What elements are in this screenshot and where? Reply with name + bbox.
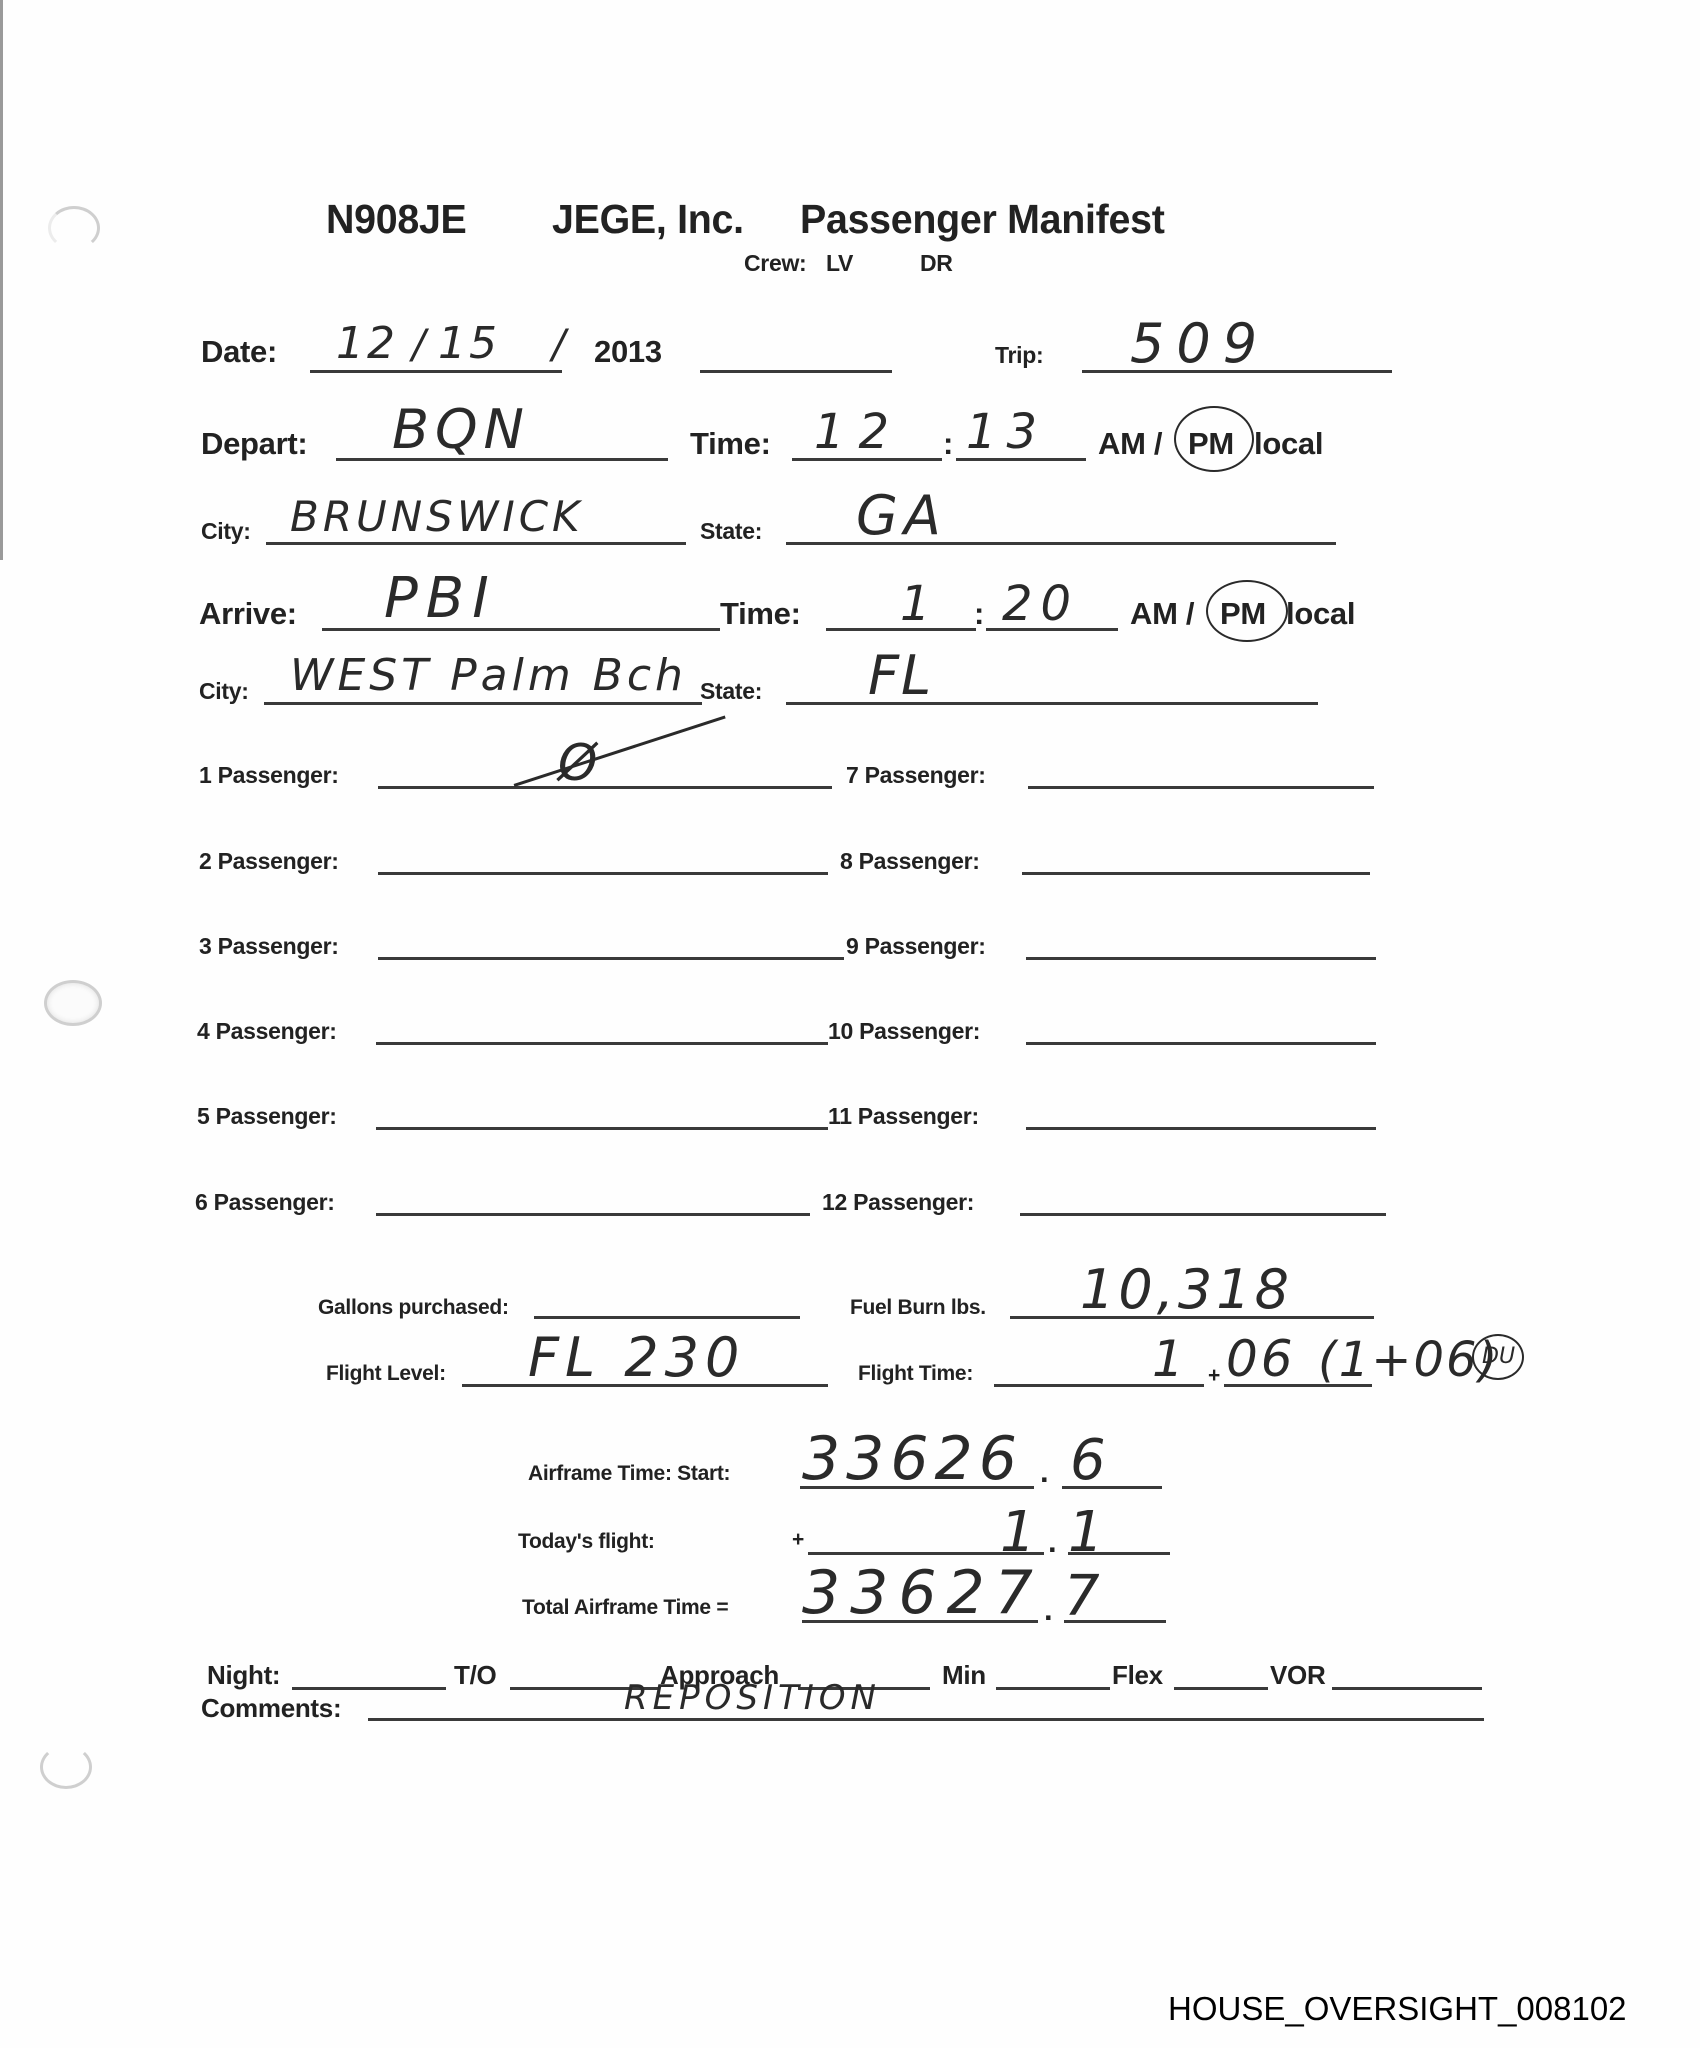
- arrive-city-line: [264, 702, 702, 705]
- date-day-field[interactable]: 15: [438, 318, 500, 369]
- depart-state-label: State:: [700, 518, 762, 545]
- total-airframe-label: Total Airframe Time =: [522, 1596, 728, 1620]
- vor-label: VOR: [1270, 1660, 1325, 1691]
- flex-line[interactable]: [1174, 1687, 1268, 1690]
- comments-line: [368, 1718, 1484, 1721]
- depart-am-option[interactable]: AM /: [1098, 426, 1162, 462]
- flight-level-label: Flight Level:: [326, 1362, 446, 1386]
- form-title: Passenger Manifest: [800, 196, 1165, 243]
- date-separator-2: /: [552, 322, 568, 368]
- crew-member-2: DR: [920, 250, 953, 277]
- min-line[interactable]: [996, 1687, 1110, 1690]
- depart-city-label: City:: [201, 518, 251, 545]
- passenger-1-label: 1 Passenger:: [199, 762, 339, 789]
- date-field-line: [310, 370, 562, 373]
- arrive-state-label: State:: [700, 678, 762, 705]
- passenger-3-line[interactable]: [378, 957, 844, 960]
- total-airframe-dot: .: [1044, 1592, 1052, 1628]
- depart-pm-selected-circle-icon: [1174, 406, 1254, 472]
- todays-flight-dot: .: [1048, 1524, 1056, 1560]
- initials-circle-icon: [1472, 1334, 1524, 1380]
- passenger-8-label: 8 Passenger:: [840, 848, 980, 875]
- passenger-10-label: 10 Passenger:: [828, 1018, 980, 1045]
- passenger-4-line[interactable]: [376, 1042, 828, 1045]
- date-year: 2013: [594, 334, 662, 370]
- passenger-11-line[interactable]: [1026, 1127, 1376, 1130]
- passenger-9-label: 9 Passenger:: [846, 933, 986, 960]
- passenger-5-label: 5 Passenger:: [197, 1103, 337, 1130]
- total-airframe-whole-field[interactable]: 33627: [802, 1558, 1043, 1628]
- arrive-state-field[interactable]: FL: [868, 644, 933, 707]
- passenger-4-label: 4 Passenger:: [197, 1018, 337, 1045]
- passenger-12-line[interactable]: [1020, 1213, 1386, 1216]
- depart-minute-field[interactable]: 13: [966, 404, 1047, 460]
- binder-hole-bottom-icon: [40, 1745, 92, 1789]
- passenger-7-line[interactable]: [1028, 786, 1374, 789]
- arrive-minute-field[interactable]: 20: [1002, 576, 1079, 632]
- flight-time-hours-field[interactable]: 1: [1152, 1330, 1187, 1388]
- arrive-am-option[interactable]: AM /: [1130, 596, 1194, 632]
- gallons-purchased-label: Gallons purchased:: [318, 1296, 509, 1320]
- binder-hole-top-icon: [48, 206, 100, 250]
- todays-flight-tenths-field[interactable]: 1: [1068, 1500, 1107, 1565]
- fuel-burn-label: Fuel Burn lbs.: [850, 1296, 986, 1320]
- flight-time-plus: +: [1208, 1364, 1220, 1388]
- passenger-5-line[interactable]: [376, 1127, 828, 1130]
- depart-city-field[interactable]: BRUNSWICK: [290, 492, 584, 541]
- airframe-start-tenths-field[interactable]: 6: [1070, 1428, 1109, 1493]
- arrive-field-line: [322, 628, 720, 631]
- takeoff-label: T/O: [454, 1660, 496, 1691]
- date-separator-1: /: [412, 322, 428, 368]
- page-edge-shadow: [0, 0, 3, 560]
- depart-time-label: Time:: [690, 426, 771, 462]
- passenger-8-line[interactable]: [1022, 872, 1370, 875]
- passenger-9-line[interactable]: [1026, 957, 1376, 960]
- tail-number: N908JE: [326, 196, 467, 243]
- min-label: Min: [942, 1660, 986, 1691]
- comments-field[interactable]: REPOSITION: [624, 1678, 881, 1718]
- flight-level-field[interactable]: FL 230: [528, 1326, 745, 1389]
- passenger-6-label: 6 Passenger:: [195, 1189, 335, 1216]
- bates-number: HOUSE_OVERSIGHT_008102: [1168, 1990, 1627, 2028]
- arrive-city-label: City:: [199, 678, 249, 705]
- depart-hour-field[interactable]: 12: [814, 404, 903, 460]
- depart-airport-field[interactable]: BQN: [392, 398, 530, 461]
- trip-label: Trip:: [995, 342, 1043, 369]
- depart-local-label: local: [1254, 426, 1323, 462]
- comments-label: Comments:: [201, 1693, 341, 1724]
- todays-flight-whole-field[interactable]: 1: [1000, 1500, 1039, 1565]
- date-label: Date:: [201, 334, 277, 370]
- depart-state-field[interactable]: GA: [856, 484, 947, 547]
- vor-line[interactable]: [1332, 1687, 1482, 1690]
- trip-number-field[interactable]: 509: [1130, 312, 1269, 375]
- passenger-6-line[interactable]: [376, 1213, 810, 1216]
- flight-time-minutes-field[interactable]: 06: [1226, 1330, 1296, 1388]
- depart-label: Depart:: [201, 426, 307, 462]
- date-year-line: [700, 370, 892, 373]
- date-month-field[interactable]: 12: [336, 318, 398, 369]
- airframe-start-label: Airframe Time: Start:: [528, 1462, 730, 1486]
- arrive-city-field[interactable]: WEST Palm Bch: [290, 650, 687, 701]
- arrive-label: Arrive:: [199, 596, 297, 632]
- todays-flight-plus: +: [792, 1528, 804, 1552]
- night-line[interactable]: [292, 1687, 446, 1690]
- passenger-7-label: 7 Passenger:: [846, 762, 986, 789]
- passenger-1-strikethrough-icon: [514, 715, 726, 786]
- manifest-page: N908JE JEGE, Inc. Passenger Manifest Cre…: [0, 0, 1700, 2048]
- passenger-2-line[interactable]: [378, 872, 828, 875]
- passenger-1-line: [378, 786, 832, 789]
- arrive-local-label: local: [1286, 596, 1355, 632]
- arrive-pm-selected-circle-icon: [1206, 580, 1288, 642]
- gallons-purchased-line[interactable]: [534, 1316, 800, 1319]
- flight-time-label: Flight Time:: [858, 1362, 973, 1386]
- airframe-start-whole-field[interactable]: 33626: [802, 1424, 1023, 1494]
- passenger-12-label: 12 Passenger:: [822, 1189, 974, 1216]
- binder-hole-middle-icon: [44, 980, 102, 1026]
- crew-label: Crew:: [744, 250, 806, 277]
- todays-flight-label: Today's flight:: [518, 1530, 655, 1554]
- depart-city-line: [266, 542, 686, 545]
- arrive-time-label: Time:: [720, 596, 801, 632]
- passenger-10-line[interactable]: [1026, 1042, 1376, 1045]
- company-name: JEGE, Inc.: [552, 196, 744, 243]
- arrive-hour-field[interactable]: 1: [900, 576, 934, 632]
- total-airframe-tenths-field[interactable]: 7: [1064, 1564, 1103, 1629]
- depart-time-colon: :: [943, 426, 953, 462]
- crew-member-1: LV: [826, 250, 853, 277]
- passenger-11-label: 11 Passenger:: [828, 1103, 979, 1130]
- fuel-burn-field[interactable]: 10,318: [1080, 1258, 1293, 1321]
- passenger-3-label: 3 Passenger:: [199, 933, 339, 960]
- airframe-start-dot: .: [1040, 1454, 1048, 1490]
- flex-label: Flex: [1112, 1660, 1163, 1691]
- passenger-2-label: 2 Passenger:: [199, 848, 339, 875]
- arrive-airport-field[interactable]: PBI: [384, 566, 497, 631]
- arrive-state-line: [786, 702, 1318, 705]
- arrive-time-colon: :: [974, 596, 984, 632]
- night-label: Night:: [207, 1660, 280, 1691]
